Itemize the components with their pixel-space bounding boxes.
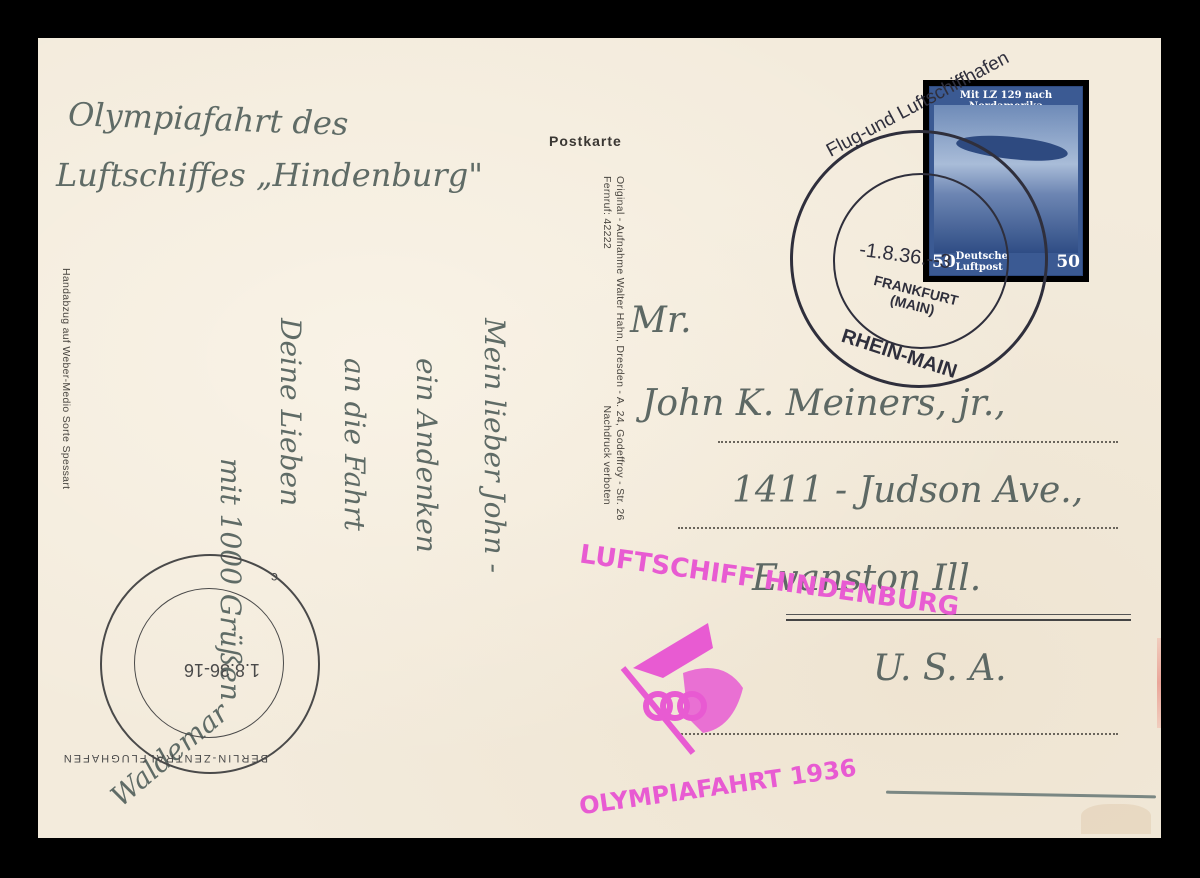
berlin-postmark: BERLIN-ZENTRALFLUGHAFEN 1.8.36-16 c bbox=[100, 554, 320, 774]
address-salutation: Mr. bbox=[630, 300, 692, 341]
corner-stain bbox=[1081, 804, 1151, 834]
message-line: Mein lieber John - bbox=[478, 318, 511, 573]
message-line: Deine Lieben bbox=[274, 318, 307, 506]
message-line: an die Fahrt bbox=[338, 358, 371, 531]
cachet-bottom-text: OLYMPIAFAHRT 1936 bbox=[577, 754, 858, 821]
address-double-underline bbox=[786, 614, 1131, 621]
red-edge-mark bbox=[1157, 638, 1161, 728]
reprint-notice: Nachdruck verboten bbox=[601, 406, 613, 505]
handwritten-title-line1: Olympiafahrt des bbox=[67, 95, 349, 143]
berlin-ring-text: BERLIN-ZENTRALFLUGHAFEN bbox=[62, 752, 268, 764]
zeppelin-flag-emblem-icon bbox=[613, 618, 753, 758]
photo-credit: Original - Aufnahme Walter Hahn, Dresden… bbox=[600, 176, 626, 521]
phone-number: Fernruf: 42222 bbox=[601, 176, 613, 249]
address-handwritten-underline bbox=[886, 791, 1156, 799]
stamp-value-right: 50 bbox=[1056, 252, 1080, 272]
message-line: ein Andenken bbox=[410, 358, 443, 553]
handwritten-title-line2: Luftschiffes „Hindenburg" bbox=[56, 156, 483, 194]
address-dotted-line bbox=[678, 527, 1118, 529]
photo-credit-line1: Original - Aufnahme Walter Hahn, Dresden… bbox=[614, 176, 626, 521]
postcard: Postkarte Handabzug auf Weber-Medio Sort… bbox=[38, 38, 1161, 838]
berlin-date: 1.8.36-16 bbox=[184, 659, 260, 680]
address-country: U. S. A. bbox=[873, 648, 1007, 689]
photo-credit-line2: Fernruf: 42222 Nachdruck verboten bbox=[600, 176, 613, 521]
frankfurt-postmark: Flug-und Luftschiffhafen -1.8.36.--3 FRA… bbox=[790, 130, 1048, 388]
address-dotted-line bbox=[718, 441, 1118, 443]
printer-note: Handabzug auf Weber-Medio Sorte Spessart bbox=[60, 268, 72, 489]
berlin-ring-mark: c bbox=[269, 570, 278, 586]
hindenburg-olympic-cachet: LUFTSCHIFF HINDENBURG OLYMPIAFAHRT 1936 bbox=[518, 548, 838, 838]
address-street: 1411 - Judson Ave., bbox=[732, 470, 1083, 511]
postcard-heading: Postkarte bbox=[549, 133, 622, 149]
address-name: John K. Meiners, jr., bbox=[642, 383, 1006, 424]
